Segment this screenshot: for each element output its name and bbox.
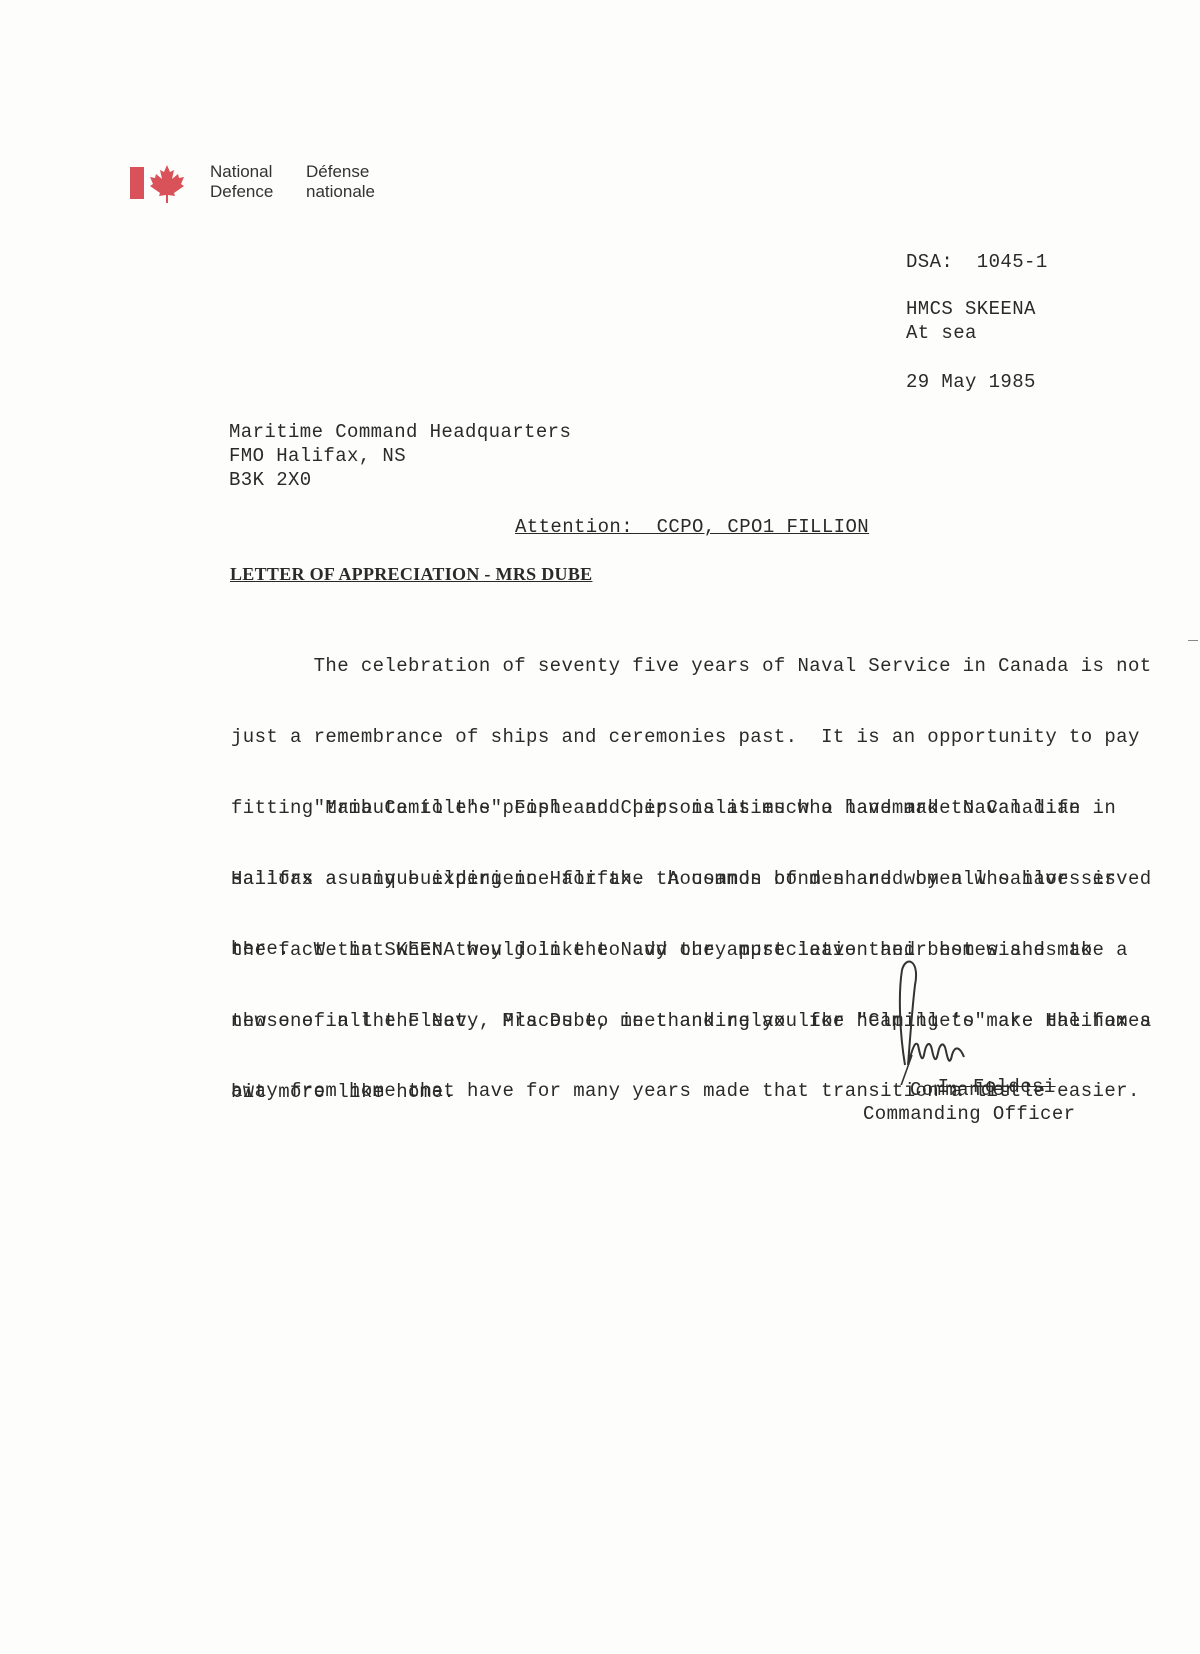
recipient-line3: B3K 2X0 — [229, 469, 312, 491]
paragraph-line: "Mama Camille's" Fish and Chips is as mu… — [231, 797, 1161, 821]
letterhead-french-line1: Défense — [306, 162, 375, 182]
letterhead-french: Défense nationale — [306, 162, 375, 202]
subject-heading: LETTER OF APPRECIATION - MRS DUBE — [230, 564, 592, 585]
recipient-line2: FMO Halifax, NS — [229, 445, 406, 467]
letterhead-english: National Defence — [210, 162, 273, 202]
maple-leaf-icon — [149, 163, 185, 203]
paragraph-line: sailors as any building in Halifax. A co… — [231, 868, 1161, 892]
sender-location: At sea — [906, 322, 977, 344]
letterhead-english-line2: Defence — [210, 182, 273, 202]
recipient-line1: Maritime Command Headquarters — [229, 421, 571, 443]
paragraph-line: just a remembrance of ships and ceremoni… — [231, 726, 1161, 750]
canada-flag-bar-icon — [130, 167, 144, 199]
letter-date: 29 May 1985 — [906, 371, 1036, 393]
letterhead-english-line1: National — [210, 162, 273, 182]
sender-ship: HMCS SKEENA — [906, 298, 1036, 320]
letterhead-french-line2: nationale — [306, 182, 375, 202]
paragraph-line: The celebration of seventy five years of… — [231, 655, 1161, 679]
signatory-title: Commanding Officer — [863, 1103, 1075, 1125]
file-number: DSA: 1045-1 — [906, 251, 1048, 273]
signatory-rank: Commander — [910, 1079, 1016, 1101]
attention-line: Attention: CCPO, CPO1 FILLION — [515, 516, 869, 538]
margin-mark — [1188, 640, 1198, 641]
